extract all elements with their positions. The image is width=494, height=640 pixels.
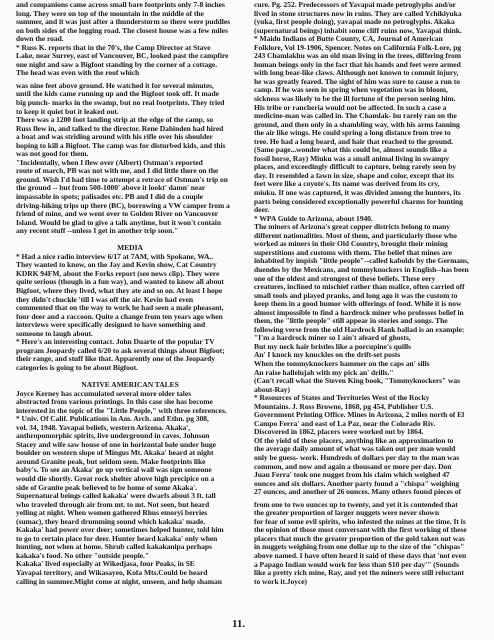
text-line: parts being considered exceptionally pow…	[254, 198, 485, 207]
native-tales-section: Joyce Kerney has accumulated several mor…	[16, 390, 244, 587]
left-block-a: and companions came across small bare fo…	[16, 1, 244, 78]
left-column: and companions came across small bare fo…	[16, 1, 244, 586]
text-line: categories is going to be about Bigfoot.	[16, 364, 244, 373]
left-block-b: was nine feet above ground. He watched i…	[16, 82, 244, 236]
media-section: * Had a nice radio interview 6/17 at 7AM…	[16, 253, 244, 373]
text-line: 27 ounces, and another of 26 ounces. Man…	[254, 488, 485, 497]
right-column: cure. Pg. 252. Predecessors of Yavapai m…	[254, 1, 485, 586]
right-block-a: cure. Pg. 252. Predecessors of Yavapai m…	[254, 1, 485, 497]
text-line: to work it.Joyce)	[254, 578, 485, 587]
text-line: calling in summer.Might come at night, u…	[16, 578, 244, 587]
page-number: 11.	[232, 618, 245, 630]
text-line: any recent stuff --unless I get in anoth…	[16, 227, 244, 236]
text-line: The head was even with the roof which	[16, 69, 244, 78]
right-block-b: from one to two ounces up to twenty, and…	[254, 501, 485, 586]
